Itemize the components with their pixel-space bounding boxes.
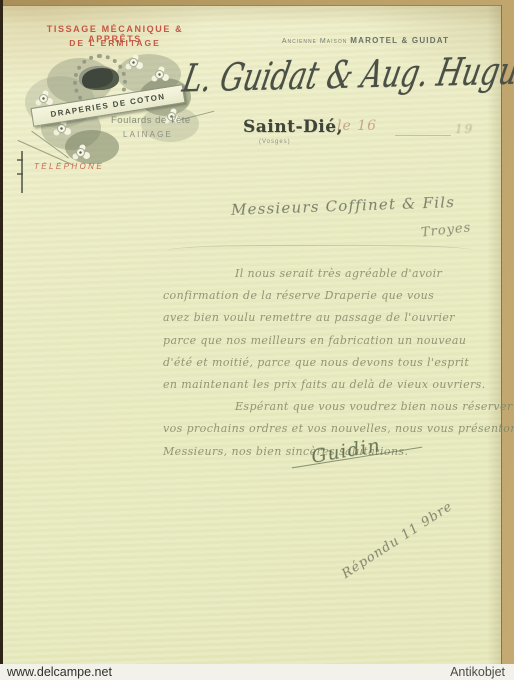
paper-crease: [168, 245, 473, 256]
addressee-city: Troyes: [420, 220, 472, 240]
body-line: confirmation de la réserve Draperie que …: [163, 285, 513, 307]
cotton-flower: [57, 124, 66, 133]
cotton-flower: [155, 70, 164, 79]
cotton-flower: [76, 148, 85, 157]
body-line: d'été et moitié, parce que nous devons t…: [163, 352, 513, 374]
body-line: avez bien voulu remettre au passage de l…: [163, 307, 513, 329]
body-line: en maintenant les prix faits au delà de …: [163, 374, 513, 396]
product-line-1: Foulards de Tête: [111, 115, 191, 126]
scanned-letter-photo: TISSAGE MÉCANIQUE & APPRÊTS DE L'ERMITAG…: [0, 0, 514, 680]
handwritten-date: le 16: [337, 118, 377, 134]
telephone-label: TÉLÉPHONE: [34, 162, 104, 171]
watermark-strip: www.delcampe.net Antikobjet: [0, 664, 514, 680]
telephone-flourish-tick: [17, 159, 23, 161]
date-rule: [395, 135, 451, 136]
city-label: Saint-Dié,: [243, 117, 343, 137]
telephone-flourish: [21, 151, 23, 193]
body-line: vos prochains ordres et vos nouvelles, n…: [163, 418, 513, 440]
telephone-flourish-tick: [17, 173, 23, 175]
letter-paper: TISSAGE MÉCANIQUE & APPRÊTS DE L'ERMITAG…: [3, 5, 502, 666]
pencil-annotation: Répondu 11 9bre: [339, 499, 455, 582]
product-line-2: LAINAGE: [123, 130, 173, 139]
watermark-right: Antikobjet: [450, 665, 505, 679]
cotton-flower: [39, 94, 48, 103]
handwritten-year: 19: [455, 122, 474, 136]
vignette-figures: [79, 66, 119, 90]
body-line: parce que nos meilleurs en fabrication u…: [163, 330, 513, 352]
letter-body: Il nous serait très agréable d'avoir con…: [163, 263, 513, 463]
former-house-prefix: Ancienne Maison: [282, 38, 348, 45]
body-line: Il nous serait très agréable d'avoir: [163, 263, 513, 285]
foliage-blob: [65, 130, 119, 164]
activity-line-2: DE L'ERMITAGE: [30, 38, 200, 48]
cotton-flower: [129, 58, 138, 67]
cotton-vignette: DRAPERIES DE COTON: [21, 48, 206, 163]
company-name-script: L. Guidat & Aug. Hugueny: [179, 48, 514, 102]
addressee-line: Messieurs Coffinet & Fils: [231, 193, 456, 219]
watermark-left: www.delcampe.net: [7, 665, 112, 679]
body-line: Espérant que vous voudrez bien nous rése…: [163, 396, 513, 418]
department-label: (Vosges): [259, 139, 291, 145]
former-house-name: Marotel & Guidat: [350, 36, 449, 45]
former-house-line: Ancienne Maison Marotel & Guidat: [273, 36, 458, 45]
